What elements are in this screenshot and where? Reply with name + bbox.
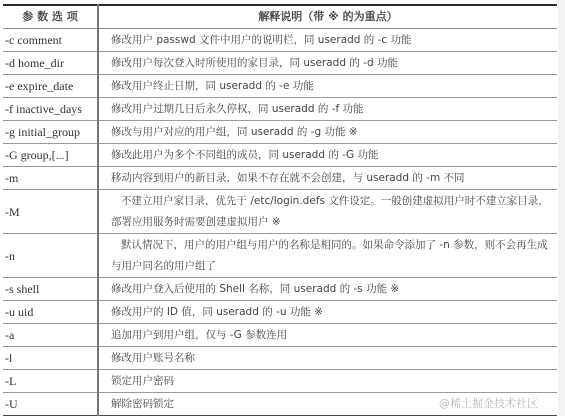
table-row: -n 默认情况下，用户的用户组与用户的名称是相同的。如果命令添加了 -n 参数，…	[3, 234, 557, 278]
usermod-options-table: 参 数 选 项 解释说明（带 ※ 的为重点） -c comment 修改用户 p…	[3, 4, 557, 416]
table-row: -l 修改用户账号名称	[3, 347, 557, 370]
description-cell: 修改用户账号名称	[98, 347, 557, 370]
option-cell: -M	[3, 190, 98, 234]
table-row: -L 锁定用户密码	[3, 370, 557, 393]
watermark: @稀土掘金技术社区	[439, 395, 538, 411]
description-cell: 修改用户过期几日后永久停权，同 useradd 的 -f 功能	[98, 98, 557, 121]
option-cell: -a	[3, 324, 98, 347]
table-row: -g initial_group 修改与用户对应的用户组，同 useradd 的…	[3, 121, 557, 144]
description-cell: 追加用户到用户组，仅与 -G 参数连用	[98, 324, 557, 347]
option-cell: -m	[3, 167, 98, 190]
option-cell: -L	[3, 370, 98, 393]
table-header-row: 参 数 选 项 解释说明（带 ※ 的为重点）	[3, 5, 557, 29]
table-row: -d home_dir 修改用户每次登入时所使用的家目录，同 useradd 的…	[3, 52, 557, 75]
option-cell: -c comment	[3, 29, 98, 52]
option-cell: -U	[3, 393, 98, 416]
table-row: -c comment 修改用户 passwd 文件中用户的说明栏，同 usera…	[3, 29, 557, 52]
table-row: -G group,[...] 修改此用户为多个不同组的成员，同 useradd …	[3, 144, 557, 167]
description-cell: 移动内容到用户的新目录，如果不存在就不会创建，与 useradd 的 -m 不同	[98, 167, 557, 190]
option-cell: -e expire_date	[3, 75, 98, 98]
table-row: -f inactive_days 修改用户过期几日后永久停权，同 useradd…	[3, 98, 557, 121]
table-row: -e expire_date 修改用户终止日期，同 useradd 的 -e 功…	[3, 75, 557, 98]
description-cell: 修改此用户为多个不同组的成员，同 useradd 的 -G 功能	[98, 144, 557, 167]
description-cell: 修改用户登入后使用的 Shell 名称，同 useradd 的 -s 功能 ※	[98, 278, 557, 301]
option-cell: -g initial_group	[3, 121, 98, 144]
option-cell: -l	[3, 347, 98, 370]
header-description: 解释说明（带 ※ 的为重点）	[98, 5, 557, 29]
description-cell: 锁定用户密码	[98, 370, 557, 393]
description-cell: 默认情况下，用户的用户组与用户的名称是相同的。如果命令添加了 -n 参数，则不会…	[98, 234, 557, 278]
description-cell: 不建立用户家目录，优先于 /etc/login.defs 文件设定。一般创建虚拟…	[98, 190, 557, 234]
document-page: 参 数 选 项 解释说明（带 ※ 的为重点） -c comment 修改用户 p…	[0, 0, 558, 416]
option-cell: -d home_dir	[3, 52, 98, 75]
option-cell: -u uid	[3, 301, 98, 324]
table-row: -a 追加用户到用户组，仅与 -G 参数连用	[3, 324, 557, 347]
table-row: -u uid 修改用户的 ID 值，同 useradd 的 -u 功能 ※	[3, 301, 557, 324]
description-cell: 修改用户终止日期，同 useradd 的 -e 功能	[98, 75, 557, 98]
table-row: -M 不建立用户家目录，优先于 /etc/login.defs 文件设定。一般创…	[3, 190, 557, 234]
option-cell: -n	[3, 234, 98, 278]
description-cell: 修改与用户对应的用户组，同 useradd 的 -g 功能 ※	[98, 121, 557, 144]
description-cell: 修改用户的 ID 值，同 useradd 的 -u 功能 ※	[98, 301, 557, 324]
option-cell: -s shell	[3, 278, 98, 301]
description-cell: 修改用户每次登入时所使用的家目录，同 useradd 的 -d 功能	[98, 52, 557, 75]
header-option: 参 数 选 项	[3, 5, 98, 29]
option-cell: -G group,[...]	[3, 144, 98, 167]
table-row: -m 移动内容到用户的新目录，如果不存在就不会创建，与 useradd 的 -m…	[3, 167, 557, 190]
option-cell: -f inactive_days	[3, 98, 98, 121]
description-cell: 修改用户 passwd 文件中用户的说明栏，同 useradd 的 -c 功能	[98, 29, 557, 52]
table-row: -s shell 修改用户登入后使用的 Shell 名称，同 useradd 的…	[3, 278, 557, 301]
